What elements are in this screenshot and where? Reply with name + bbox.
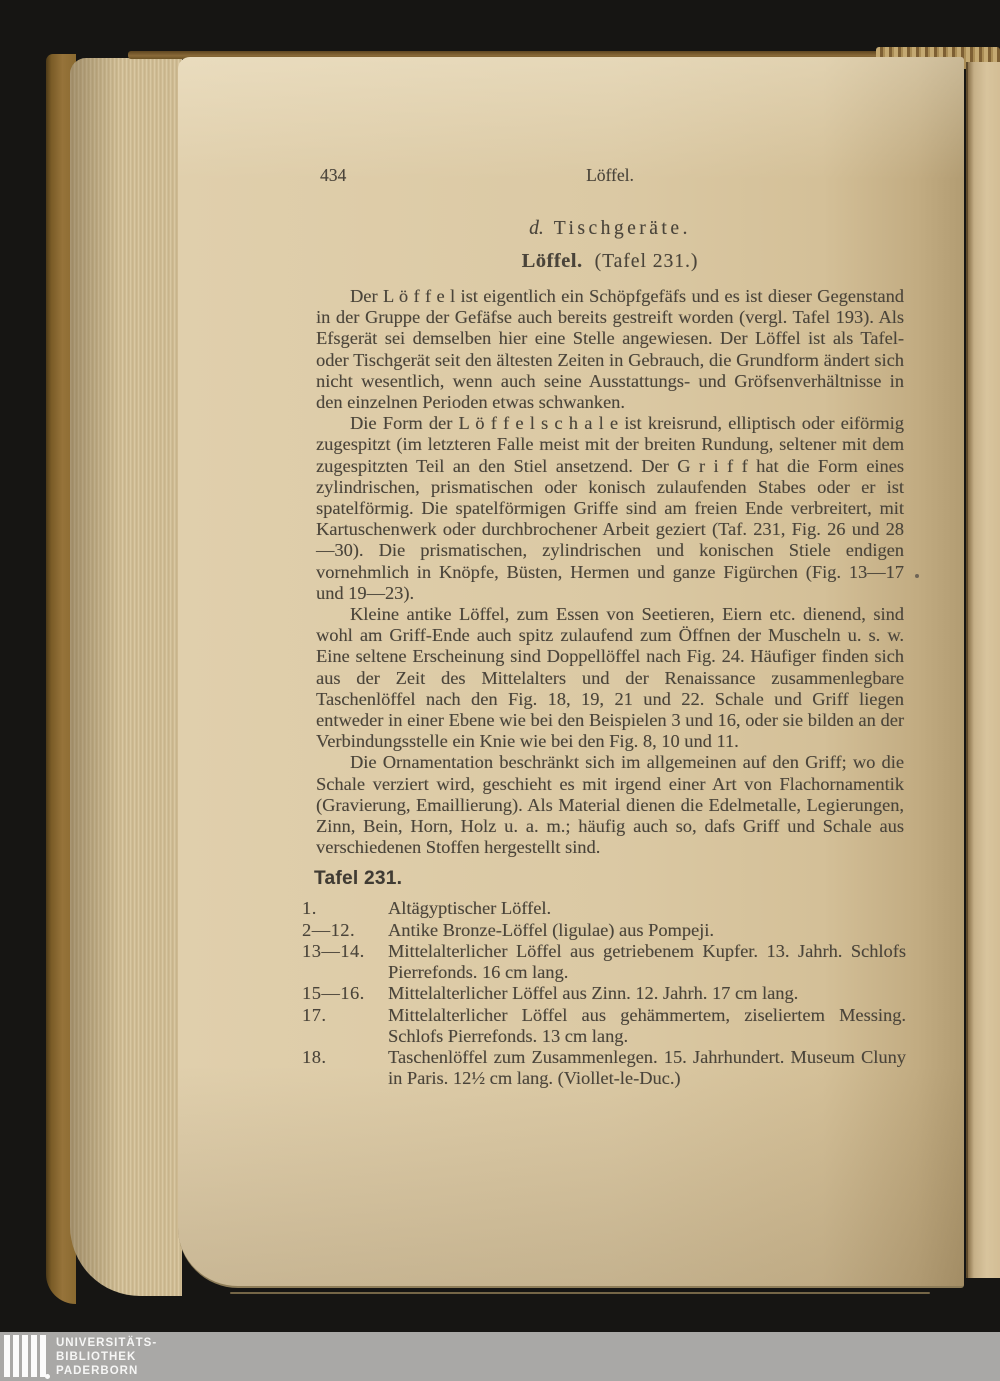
figure-description: Taschenlöffel zum Zusammenlegen. 15. Jah… xyxy=(388,1047,906,1089)
printed-text-block: 434 Löffel. d.Tischgeräte. Löffel.(Tafel… xyxy=(316,165,904,1089)
logo-bar xyxy=(22,1335,28,1377)
list-item: 15—16. Mittelalterlicher Löffel aus Zinn… xyxy=(302,983,906,1004)
section-letter: d. xyxy=(529,218,544,239)
list-item: 17. Mittelalterlicher Löffel aus gehämme… xyxy=(302,1005,906,1047)
section-heading: d.Tischgeräte. xyxy=(316,218,904,240)
figure-description: Altägyptischer Löffel. xyxy=(388,898,906,919)
library-logo-icon xyxy=(4,1335,52,1378)
body-paragraphs: Der L ö f f e l ist eigentlich ein Schöp… xyxy=(316,286,904,858)
logo-bar xyxy=(13,1335,19,1377)
logo-bar xyxy=(31,1335,37,1377)
chapter-heading: Löffel.(Tafel 231.) xyxy=(316,250,904,273)
figure-number: 2—12. xyxy=(302,920,388,941)
chapter-plate-reference: (Tafel 231.) xyxy=(595,251,699,272)
figure-description: Mittelalterlicher Löffel aus gehämmertem… xyxy=(388,1005,906,1047)
running-header: Löffel. xyxy=(316,165,904,186)
library-name-line: PADERBORN xyxy=(56,1364,157,1378)
page-fore-edge-stack xyxy=(70,58,182,1296)
list-item: 13—14. Mittelalterlicher Löffel aus getr… xyxy=(302,941,906,983)
facing-page-sliver xyxy=(966,62,1000,1278)
figure-number: 1. xyxy=(302,898,388,919)
library-name-line: BIBLIOTHEK xyxy=(56,1350,157,1364)
logo-bar xyxy=(40,1335,46,1377)
page-header: 434 Löffel. xyxy=(316,165,904,188)
under-page-edge xyxy=(230,1292,930,1294)
paragraph: Der L ö f f e l ist eigentlich ein Schöp… xyxy=(316,286,904,413)
logo-bar xyxy=(4,1335,10,1377)
paragraph: Kleine antike Löffel, zum Essen von Seet… xyxy=(316,604,904,752)
figure-description: Antike Bronze-Löffel (ligulae) aus Pompe… xyxy=(388,920,906,941)
section-title: Tischgeräte. xyxy=(554,218,691,239)
list-item: 1. Altägyptischer Löffel. xyxy=(302,898,906,919)
paragraph: Die Form der L ö f f e l s c h a l e ist… xyxy=(316,413,904,604)
figure-description: Mittelalterlicher Löffel aus Zinn. 12. J… xyxy=(388,983,906,1004)
figure-number: 18. xyxy=(302,1047,388,1089)
library-name: UNIVERSITÄTS- BIBLIOTHEK PADERBORN xyxy=(56,1336,157,1378)
chapter-title: Löffel. xyxy=(522,250,583,272)
book-page: 434 Löffel. d.Tischgeräte. Löffel.(Tafel… xyxy=(178,57,964,1288)
library-name-line: UNIVERSITÄTS- xyxy=(56,1336,157,1350)
library-watermark-banner: UNIVERSITÄTS- BIBLIOTHEK PADERBORN xyxy=(0,1332,1000,1381)
plate-figure-list: 1. Altägyptischer Löffel. 2—12. Antike B… xyxy=(302,898,906,1089)
figure-number: 17. xyxy=(302,1005,388,1047)
plate-heading: Tafel 231. xyxy=(314,868,904,890)
figure-description: Mittelalterlicher Löffel aus getriebenem… xyxy=(388,941,906,983)
paragraph: Die Ornamentation beschränkt sich im all… xyxy=(316,752,904,858)
book-scan: 434 Löffel. d.Tischgeräte. Löffel.(Tafel… xyxy=(0,0,1000,1381)
list-item: 18. Taschenlöffel zum Zusammenlegen. 15.… xyxy=(302,1047,906,1089)
logo-dot xyxy=(45,1374,50,1379)
figure-number: 13—14. xyxy=(302,941,388,983)
figure-number: 15—16. xyxy=(302,983,388,1004)
list-item: 2—12. Antike Bronze-Löffel (ligulae) aus… xyxy=(302,920,906,941)
scan-dust-speck xyxy=(915,574,919,578)
